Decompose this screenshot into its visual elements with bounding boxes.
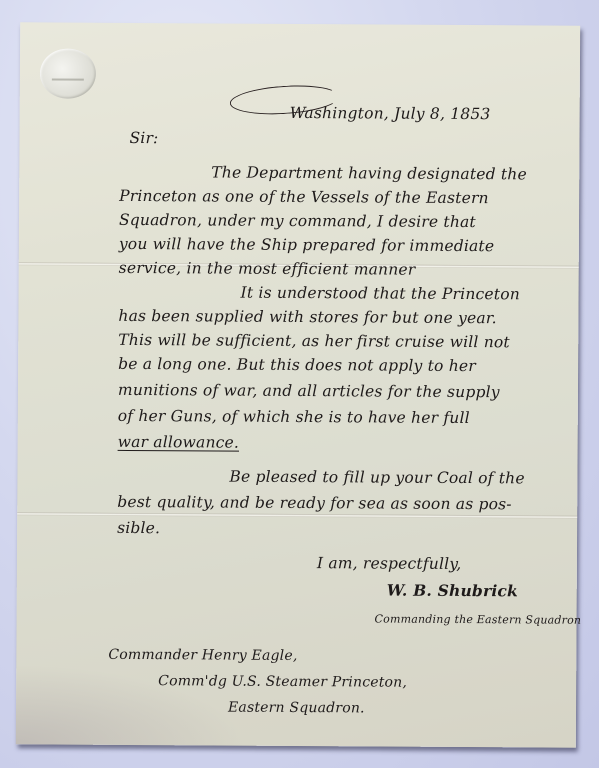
body-line: It is understood that the Princeton bbox=[241, 284, 520, 304]
body-line: Squadron, under my command, I desire tha… bbox=[119, 211, 476, 231]
signature: W. B. Shubrick bbox=[387, 581, 518, 601]
embossed-seal-icon bbox=[40, 48, 96, 98]
salutation: Sir: bbox=[129, 129, 158, 147]
body-line: Princeton as one of the Vessels of the E… bbox=[119, 187, 489, 207]
letter-paper: Washington, July 8, 1853 Sir: The Depart… bbox=[16, 22, 580, 747]
addressee-line: Commander Henry Eagle, bbox=[108, 647, 297, 664]
closing: I am, respectfully, bbox=[317, 554, 462, 573]
body-line: of her Guns, of which she is to have her… bbox=[118, 407, 470, 427]
paper-fold-line bbox=[17, 512, 577, 518]
addressee-line: Comm'dg U.S. Steamer Princeton, bbox=[158, 673, 407, 691]
body-line: This will be sufficient, as her first cr… bbox=[118, 331, 510, 351]
dateline: Washington, July 8, 1853 bbox=[290, 104, 491, 123]
body-line: best quality, and be ready for sea as so… bbox=[117, 493, 512, 513]
body-line: Be pleased to fill up your Coal of the bbox=[229, 468, 524, 488]
signature-title: Commanding the Eastern Squadron bbox=[375, 612, 582, 626]
body-line-underlined: war allowance. bbox=[118, 433, 240, 452]
body-line: service, in the most efficient manner bbox=[119, 259, 416, 279]
body-line: The Department having designated the bbox=[211, 163, 527, 183]
body-line: has been supplied with stores for but on… bbox=[118, 307, 497, 327]
body-line: sible. bbox=[117, 519, 160, 537]
addressee-line: Eastern Squadron. bbox=[228, 700, 365, 717]
body-line: munitions of war, and all articles for t… bbox=[118, 381, 500, 401]
body-line: you will have the Ship prepared for imme… bbox=[119, 235, 495, 255]
body-line: be a long one. But this does not apply t… bbox=[118, 355, 476, 375]
